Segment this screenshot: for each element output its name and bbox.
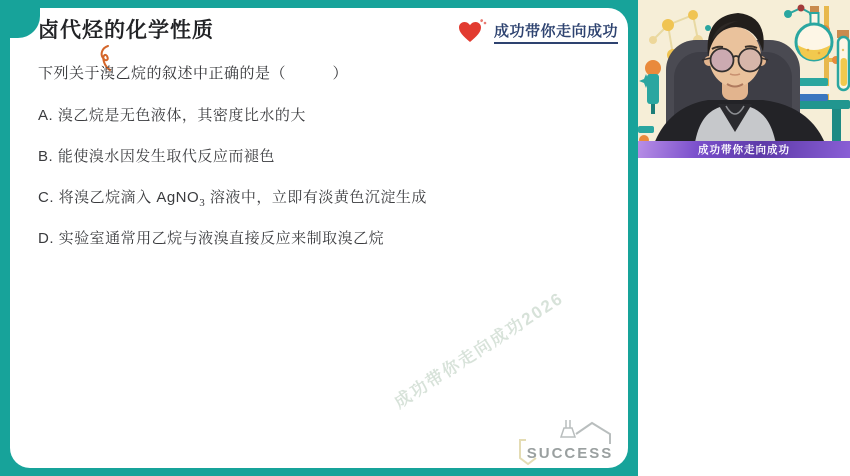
webcam-illustration (638, 0, 850, 158)
slide-title: 卤代烃的化学性质 (38, 14, 214, 44)
option-b-text: B. 能使溴水因发生取代反应而褪色 (38, 148, 275, 165)
option-d: D. 实验室通常用乙烷与液溴直接反应来制取溴乙烷 (38, 227, 613, 248)
option-c-pre: C. 将溴乙烷滴入 AgNO (38, 189, 199, 206)
option-c-post: 溶液中，立即有淡黄色沉淀生成 (205, 189, 427, 206)
success-logo-text: SUCCESS (518, 445, 622, 462)
slogan-badge: 成功带你走向成功 (457, 18, 618, 46)
option-c: C. 将溴乙烷滴入 AgNO3 溶液中，立即有淡黄色沉淀生成 (38, 186, 613, 209)
option-a: A. 溴乙烷是无色液体，其密度比水的大 (38, 104, 613, 125)
success-logo: SUCCESS (518, 418, 622, 466)
option-b: B. 能使溴水因发生取代反应而褪色 (38, 145, 613, 166)
slogan-text: 成功带你走向成功 (494, 20, 618, 44)
video-stage: 卤代烃的化学性质 下列关于溴乙烷的叙述中正确的是（ ） A. 溴乙烷是无色液体，… (0, 0, 850, 476)
test-tube-icon (837, 30, 849, 90)
webcam-banner: 成功带你走向成功 (638, 141, 850, 158)
webcam-banner-text: 成功带你走向成功 (698, 142, 790, 157)
heart-icon (457, 18, 487, 46)
slide-panel: 卤代烃的化学性质 下列关于溴乙烷的叙述中正确的是（ ） A. 溴乙烷是无色液体，… (0, 0, 638, 476)
option-d-text: D. 实验室通常用乙烷与液溴直接反应来制取溴乙烷 (38, 230, 384, 247)
question-text: 下列关于溴乙烷的叙述中正确的是（ ） (38, 62, 598, 83)
option-a-text: A. 溴乙烷是无色液体，其密度比水的大 (38, 107, 306, 124)
webcam-panel: 成功带你走向成功 (638, 0, 850, 158)
